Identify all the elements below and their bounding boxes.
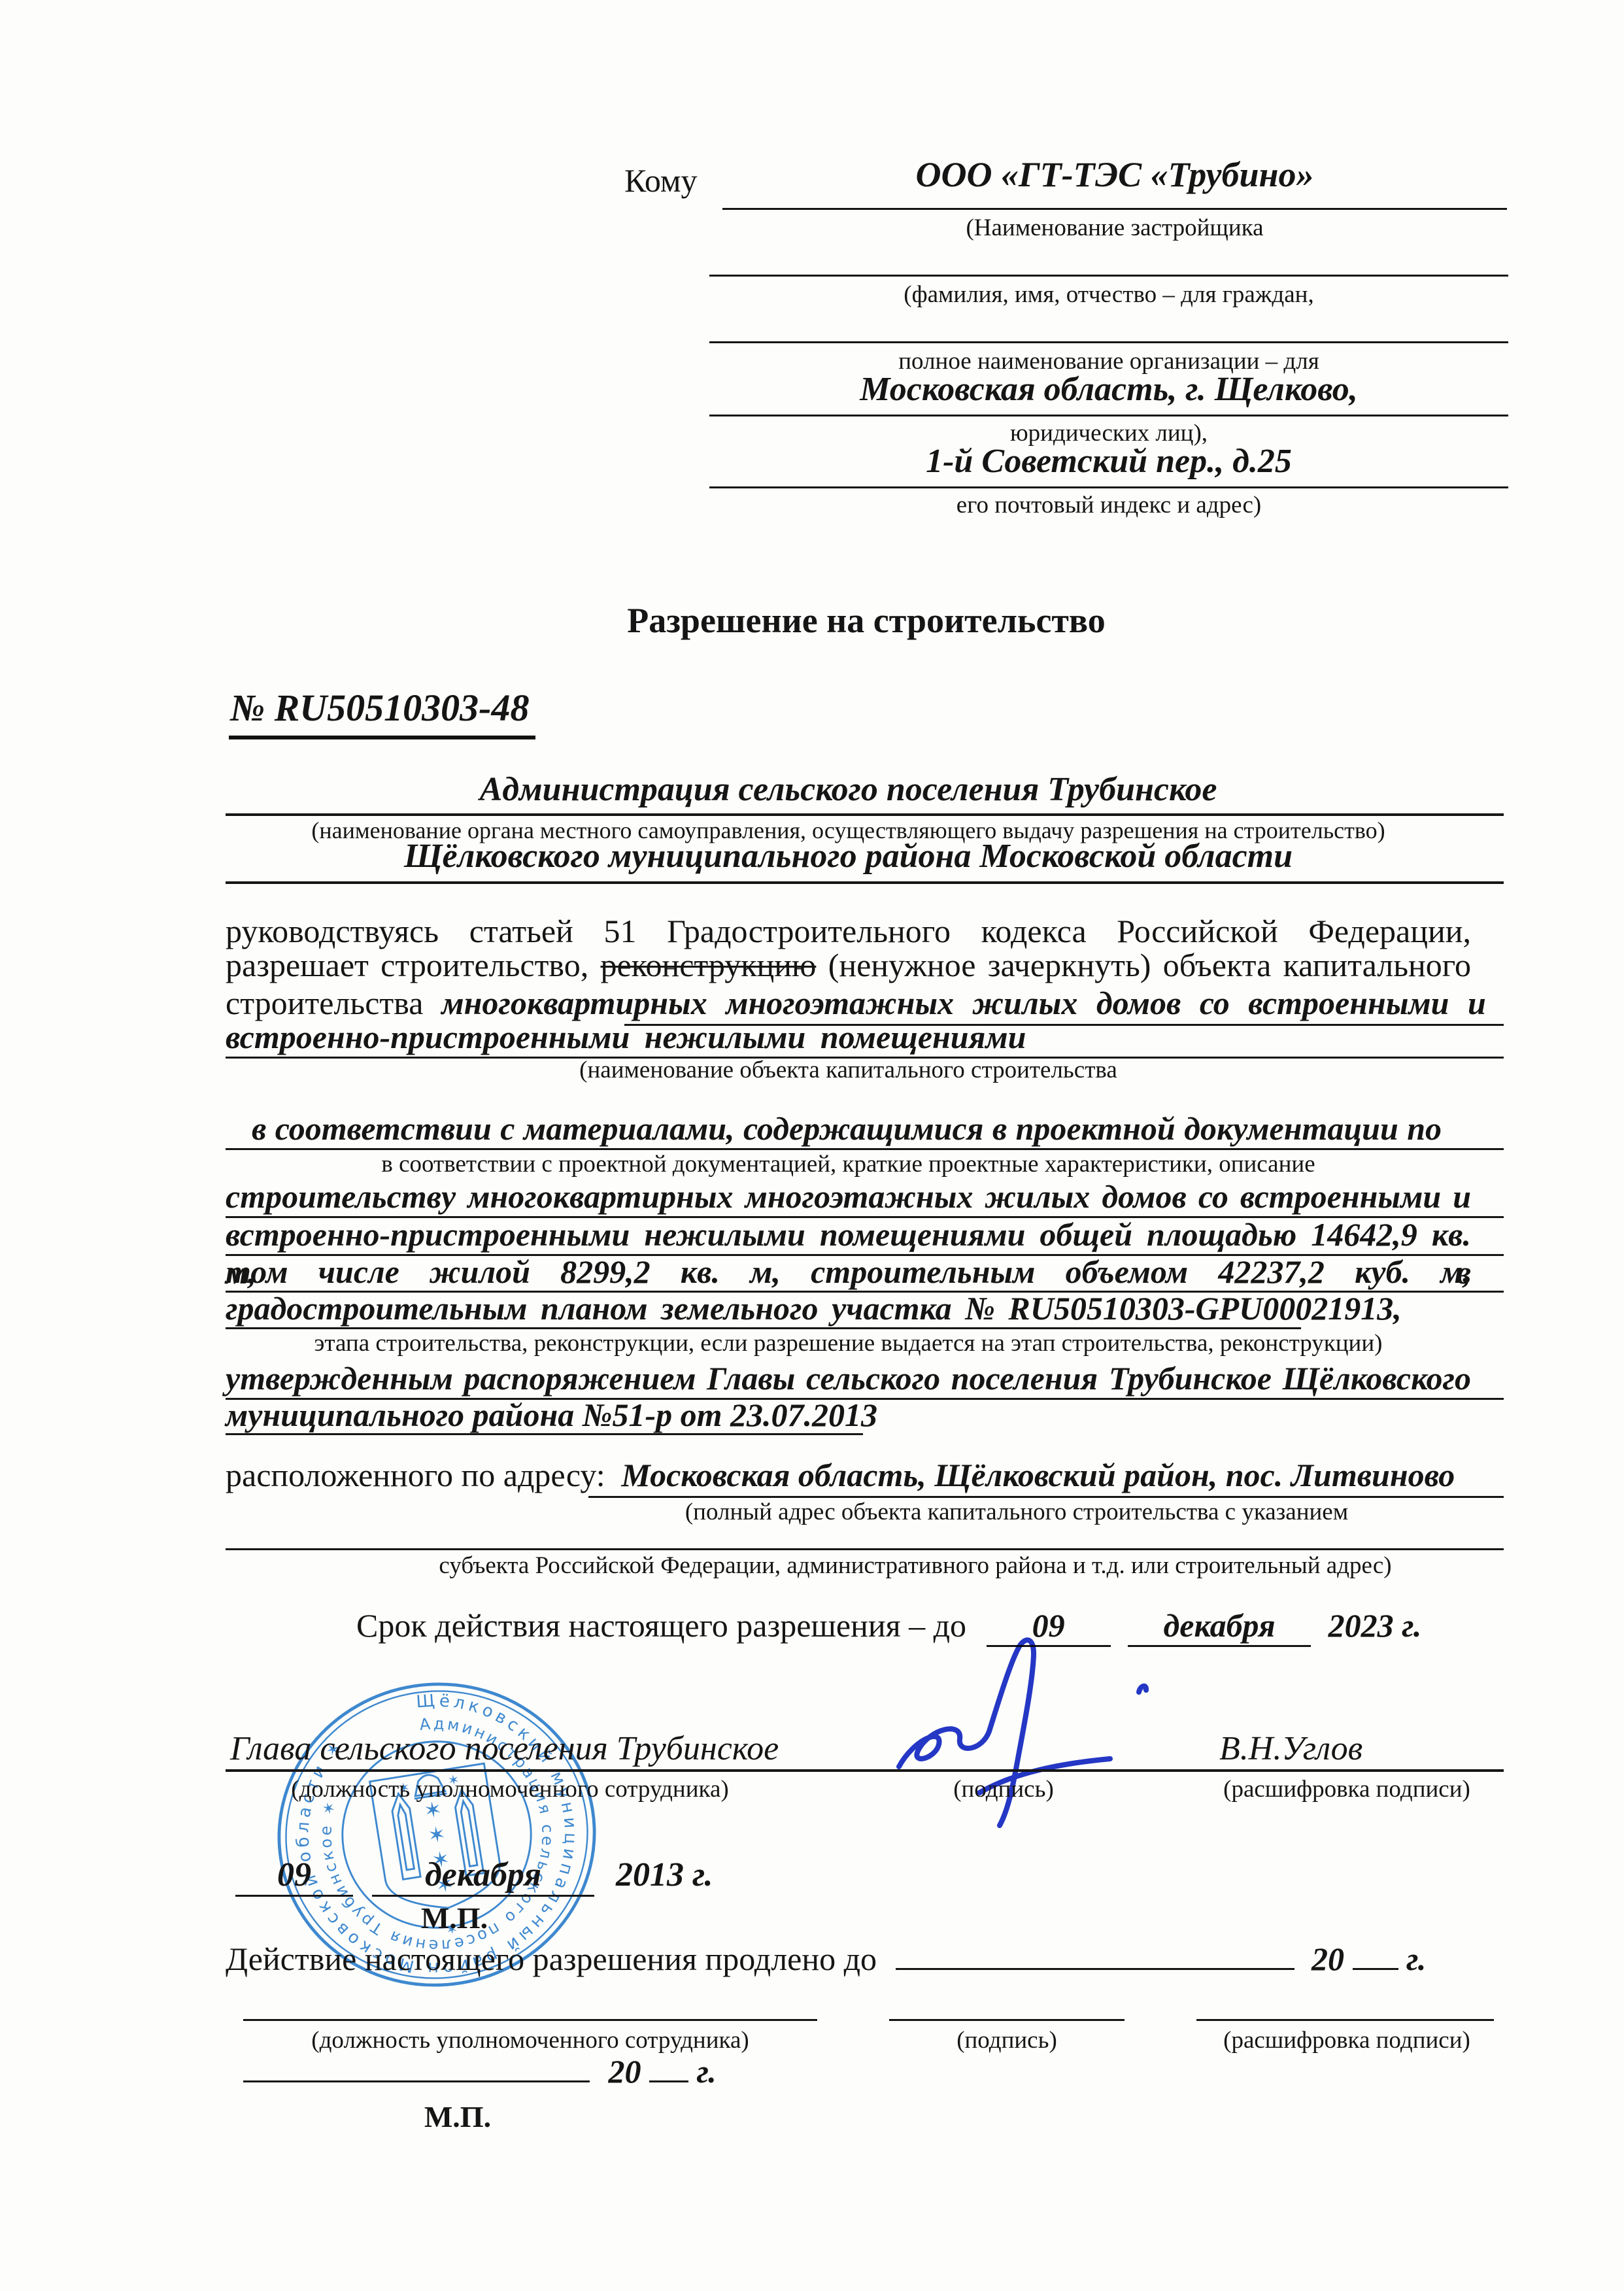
bottom-date-blank [243,2080,590,2082]
addressee-caption-2: (фамилия, имя, отчество – для граждан, [709,281,1508,309]
body-line-1: руководствуясь статьей 51 Градостроитель… [226,913,1471,951]
description-line-1: строительству многоквартирных многоэтажн… [226,1178,1471,1216]
issue-year: 2013 г. [616,1856,713,1893]
issue-date-line: 09 декабря 2013 г. [235,1856,713,1897]
address-caption-1: (полный адрес объекта капитального строи… [588,1499,1445,1527]
extension-year-prefix: 20 [1311,1941,1344,1977]
caption-position-2: (должность уполномоченного сотрудника) [243,2027,817,2055]
object-name-value-line1: многоквартирных многоэтажных жилых домов… [423,985,1485,1023]
addressee-region-value: Московская область, г. Щелково, [709,370,1508,409]
address-label: расположенного по адресу: [226,1457,605,1495]
rule [226,881,1504,884]
rule [226,1548,1504,1550]
body-line-3-label: строительства [226,985,423,1023]
extension-year-suffix: г. [1406,1941,1426,1977]
rule [709,341,1508,343]
address-line: расположенного по адресу: Московская обл… [226,1457,1471,1495]
rule [709,486,1508,488]
description-line-4: градостроительным планом земельного учас… [226,1290,1402,1328]
signature-stroke-tick [1139,1686,1146,1692]
document-title: Разрешение на строительство [226,600,1507,641]
rule [243,2019,817,2021]
rule [722,208,1507,210]
body-line-2-post: (ненужное зачеркнуть) объекта капитально… [828,947,1471,983]
bottom-year-blank [649,2080,688,2082]
description-line-3: том числе жилой 8299,2 кв. м, строительн… [226,1253,1471,1291]
signer-name: В.Н.Углов [1219,1729,1362,1769]
addressee-street-value: 1-й Советский пер., д.25 [709,442,1508,481]
rule [226,1433,863,1435]
permit-document-page: Кому ООО «ГТ-ТЭС «Трубино» (Наименование… [0,0,1624,2291]
rule [588,1496,1504,1498]
rule [226,813,1504,816]
seal-place-label-2: М.П. [405,2100,510,2135]
permit-number-value: № RU50510303-48 [229,687,535,739]
rule [226,1148,1504,1150]
validity-label: Срок действия настоящего разрешения – до [356,1607,966,1644]
body-line-2: разрешает строительство, реконструкцию (… [226,947,1471,985]
signer-title: Глава сельского поселения Трубинское [230,1729,779,1769]
approved-line-2: муниципального района №51-р от 23.07.201… [226,1397,877,1434]
approved-line-1: утвержденным распоряжением Главы сельско… [226,1360,1471,1398]
issue-day: 09 [235,1856,353,1897]
bottom-year-prefix: 20 [609,2053,641,2090]
rule [226,1327,1301,1329]
permit-number: № RU50510303-48 [229,687,535,739]
extension-label: Действие настоящего разрешения продлено … [226,1941,877,1977]
issue-month: декабря [372,1856,594,1897]
rule [709,415,1508,416]
caption-signature: (подпись) [905,1776,1102,1804]
object-name-value-line2: встроенно-пристроенными нежилыми помещен… [226,1019,1026,1057]
extension-date-blank [896,1968,1294,1970]
arms-star-2: ✶ [426,1822,448,1849]
validity-year: 2023 г. [1328,1607,1422,1644]
authority-name-line1: Администрация сельского поселения Трубин… [226,770,1471,809]
bottom-year-line: 20 г. [243,2053,717,2091]
rule [226,1769,1504,1772]
rule [1196,2019,1494,2021]
caption-position: (должность уполномоченного сотрудника) [262,1776,758,1804]
authority-name-line2: Щёлковского муниципального района Москов… [226,837,1471,876]
extension-year-blank [1353,1968,1398,1970]
rule [709,275,1508,277]
caption-name-2: (расшифровка подписи) [1196,2027,1497,2055]
bottom-year-suffix: г. [697,2053,717,2090]
object-caption: (наименование объекта капитального строи… [226,1057,1471,1085]
materials-line: в соответствии с материалами, содержащим… [252,1110,1442,1148]
caption-signature-2: (подпись) [909,2027,1105,2055]
stage-caption: этапа строительства, реконструкции, если… [226,1330,1471,1358]
rule [889,2019,1125,2021]
addressee-value: ООО «ГТ-ТЭС «Трубино» [722,154,1507,195]
address-value: Московская область, Щёлковский район, по… [605,1457,1471,1495]
struck-word-reconstruction: реконструкцию [601,947,817,983]
addressee-caption-5: его почтовый индекс и адрес) [709,492,1508,520]
caption-name: (расшифровка подписи) [1196,1776,1497,1804]
materials-caption: в соответствии с проектной документацией… [226,1151,1471,1179]
signature-ink [883,1628,1170,1837]
body-line-3: строительства многоквартирных многоэтажн… [226,985,1471,1023]
address-caption-2: субъекта Российской Федерации, администр… [327,1552,1504,1580]
addressee-caption-1: (Наименование застройщика [722,214,1507,243]
addressee-label: Кому [624,162,698,200]
seal-place-label: М.П. [402,1901,507,1936]
body-line-2-pre: разрешает строительство, [226,947,588,983]
extension-line: Действие настоящего разрешения продлено … [226,1941,1426,1978]
